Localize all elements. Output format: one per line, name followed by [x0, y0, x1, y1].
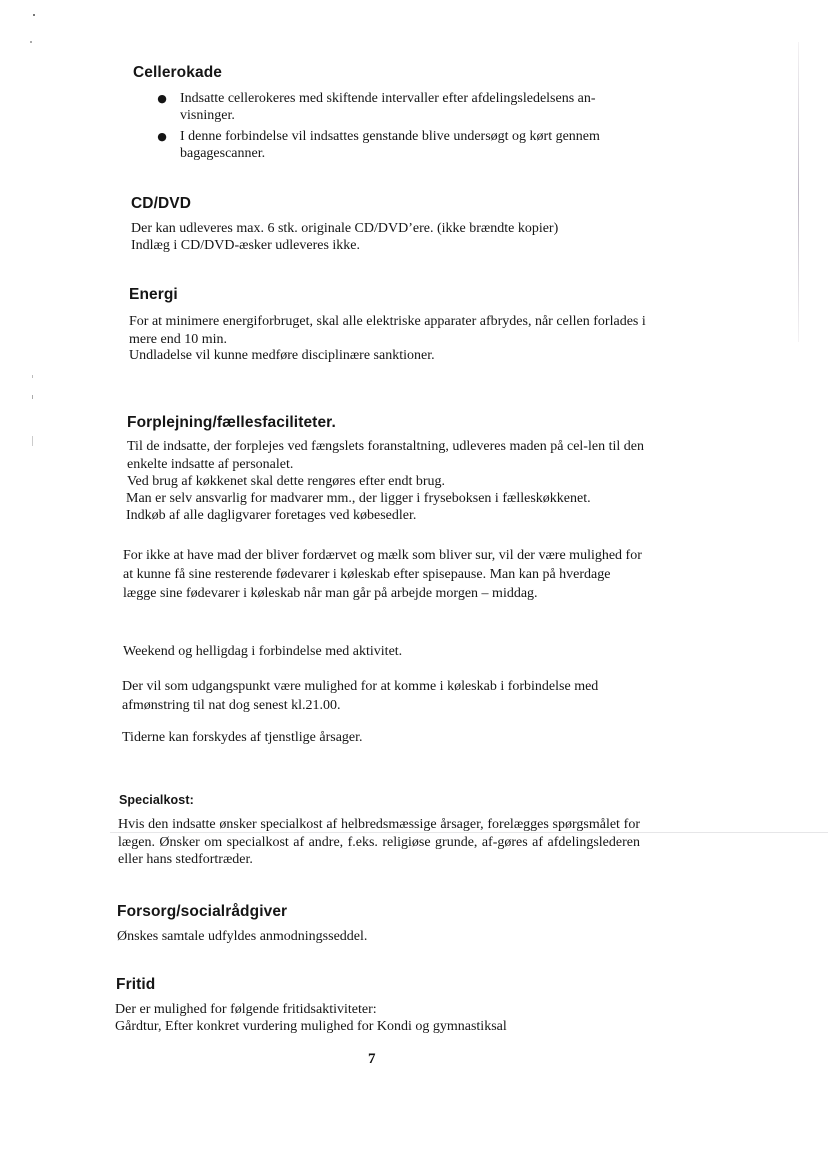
cddvd-line-2: Indlæg i CD/DVD-æsker udleveres ikke. — [131, 237, 651, 255]
cddvd-line-1: Der kan udleveres max. 6 stk. originale … — [131, 220, 651, 238]
forplejning-line-3: Man er selv ansvarlig for madvarer mm., … — [126, 490, 656, 508]
list-item: ● Indsatte cellerokeres med skiftende in… — [154, 90, 644, 124]
heading-fritid: Fritid — [116, 976, 155, 994]
scan-speck — [30, 41, 32, 43]
scan-edge-line — [798, 42, 799, 342]
bullet-icon: ● — [154, 128, 170, 145]
fritid-line-2: Gårdtur, Efter konkret vurdering mulighe… — [115, 1018, 655, 1036]
forplejning-line-2: Ved brug af køkkenet skal dette rengøres… — [127, 473, 649, 491]
document-page: Cellerokade ● Indsatte cellerokeres med … — [0, 0, 828, 1169]
heading-cddvd: CD/DVD — [131, 195, 191, 213]
forplejning-paragraph-4: Tiderne kan forskydes af tjenstlige årsa… — [122, 729, 642, 747]
forplejning-line-1: Til de indsatte, der forplejes ved fængs… — [127, 438, 649, 473]
forplejning-paragraph-3: Der vil som udgangspunkt være mulighed f… — [122, 677, 622, 715]
bullet-icon: ● — [154, 90, 170, 107]
list-item: ● I denne forbindelse vil indsattes gens… — [154, 128, 644, 162]
scan-speck — [32, 436, 33, 446]
scan-speck — [32, 395, 33, 399]
energi-text-2: Undladelse vil kunne medføre disciplinær… — [129, 347, 649, 365]
heading-cellerokade: Cellerokade — [133, 64, 222, 82]
page-number: 7 — [368, 1051, 376, 1068]
cellerokade-list: ● Indsatte cellerokeres med skiftende in… — [154, 90, 644, 166]
heading-energi: Energi — [129, 286, 178, 304]
forplejning-line-4: Indkøb af alle dagligvarer foretages ved… — [126, 507, 656, 525]
scan-speck — [32, 375, 33, 378]
specialkost-text: Hvis den indsatte ønsker specialkost af … — [118, 816, 640, 869]
forplejning-paragraph-1: For ikke at have mad der bliver fordærve… — [123, 546, 643, 603]
scan-speck — [33, 14, 35, 16]
fritid-line-1: Der er mulighed for følgende fritidsakti… — [115, 1001, 655, 1019]
forsorg-text: Ønskes samtale udfyldes anmodningsseddel… — [117, 928, 637, 946]
forplejning-paragraph-2: Weekend og helligdag i forbindelse med a… — [123, 643, 643, 661]
heading-forsorg: Forsorg/socialrådgiver — [117, 903, 287, 921]
heading-specialkost: Specialkost: — [119, 793, 194, 807]
energi-text-1: For at minimere energiforbruget, skal al… — [129, 313, 649, 348]
heading-forplejning: Forplejning/fællesfaciliteter. — [127, 414, 336, 432]
